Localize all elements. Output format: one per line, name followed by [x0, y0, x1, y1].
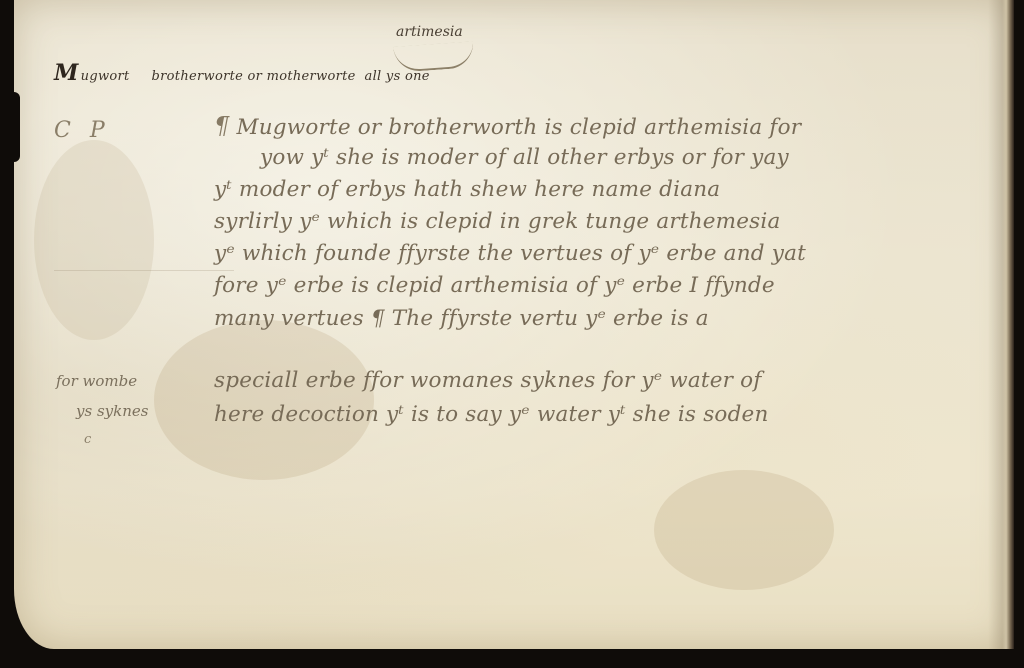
text-line: yᵉ which founde ffyrste the vertues of y… [214, 241, 806, 266]
text-line: here decoction yᵗ is to say yᵉ water yᵗ … [214, 402, 769, 427]
text-line: many vertues ¶ The ffyrste vertu yᵉ erbe… [214, 306, 709, 331]
decorated-initial: M [54, 60, 79, 86]
paraph-mark-icon: ¶ [214, 112, 229, 140]
text-line: fore yᵉ erbe is clepid arthemisia of yᵉ … [214, 273, 775, 298]
parchment-stain [34, 140, 154, 340]
margin-mark: c [84, 432, 91, 447]
ruling-line [54, 270, 234, 271]
text-line: ¶ Mugworte or brotherworth is clepid art… [214, 112, 801, 140]
margin-note: ys syknes [76, 402, 148, 420]
text-line: syrlirly yᵉ which is clepid in grek tung… [214, 209, 781, 234]
heading-tail: all ys one [365, 69, 430, 84]
text-line: yow yᵗ she is moder of all other erbys o… [260, 145, 789, 170]
page-edge-notch [8, 92, 20, 162]
heading-word: ugwort [81, 69, 130, 84]
margin-note: for wombe [56, 372, 137, 390]
entry-heading: Mugwortbrotherworte or motherworte all y… [54, 60, 430, 86]
superscript-note: artimesia [396, 24, 463, 40]
manuscript-page: artimesia Mugwortbrotherworte or motherw… [14, 0, 1014, 649]
text-line: yᵗ moder of erbys hath shew here name di… [214, 177, 720, 202]
heading-synonyms: brotherworte or motherworte [152, 69, 356, 84]
parchment-stain [154, 320, 374, 480]
text-line: speciall erbe ffor womanes syknes for yᵉ… [214, 368, 762, 393]
parchment-stain [654, 470, 834, 590]
margin-mark: C P [54, 118, 111, 143]
